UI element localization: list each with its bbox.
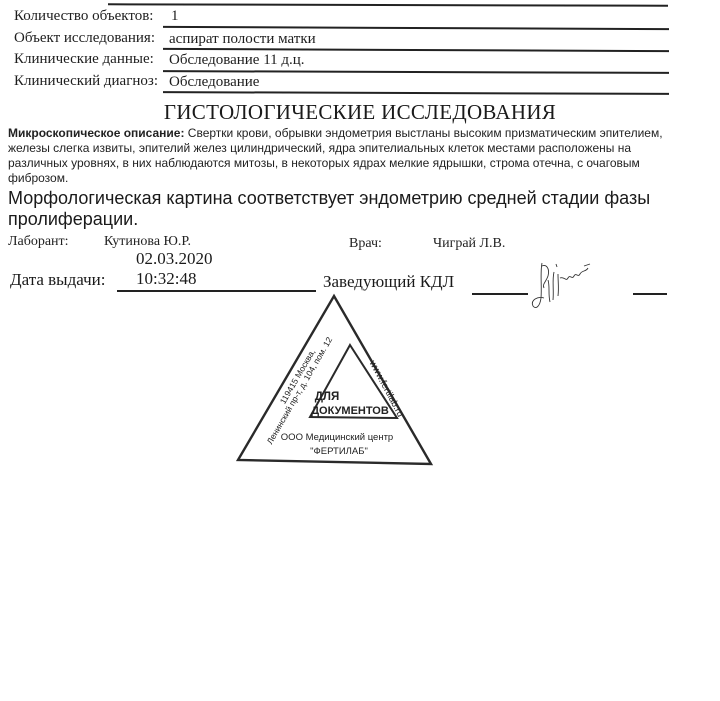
field-value: аспират полости матки [169, 31, 316, 48]
stamp-center-line1: ДЛЯ [315, 391, 340, 403]
conclusion: Морфологическая картина соответствует эн… [8, 188, 698, 230]
doctor-name: Чиграй Л.В. [433, 236, 505, 252]
field-value: Обследование [169, 74, 259, 91]
field-underline [163, 91, 669, 94]
field-underline [163, 26, 669, 30]
field-label: Объект исследования: [14, 30, 155, 47]
microscopic-label: Микроскопическое описание: [8, 126, 184, 140]
stamp-center-line2: ДОКУМЕНТОВ [311, 405, 389, 417]
field-label: Клинический диагноз: [14, 73, 158, 90]
head-signature-line [472, 293, 528, 295]
lab-assistant-name: Кутинова Ю.Р. [104, 234, 191, 250]
signature-icon [528, 258, 598, 313]
section-title: ГИСТОЛОГИЧЕСКИЕ ИССЛЕДОВАНИЯ [0, 100, 720, 125]
issue-date: 02.03.2020 [136, 249, 213, 269]
lab-assistant-label: Лаборант: [8, 234, 69, 250]
issue-time: 10:32:48 [136, 269, 196, 289]
microscopic-description: Микроскопическое описание: Свертки крови… [8, 126, 668, 186]
field-underline [163, 70, 669, 73]
field-value: 1 [171, 8, 179, 25]
top-rule [108, 3, 668, 6]
field-value: Обследование 11 д.ц. [169, 52, 305, 69]
head-signature-line-right [633, 293, 667, 295]
stamp-bottom-line2: "ФЕРТИЛАБ" [310, 446, 368, 457]
stamp-bottom-line1: ООО Медицинский центр [281, 432, 393, 443]
doctor-label: Врач: [349, 236, 382, 252]
field-label: Количество объектов: [14, 8, 153, 25]
organization-stamp: ДЛЯ ДОКУМЕНТОВ ООО Медицинский центр "ФЕ… [232, 292, 437, 470]
head-label: Заведующий КДЛ [323, 272, 454, 292]
issue-date-label: Дата выдачи: [10, 270, 105, 290]
field-label: Клинические данные: [14, 51, 154, 68]
